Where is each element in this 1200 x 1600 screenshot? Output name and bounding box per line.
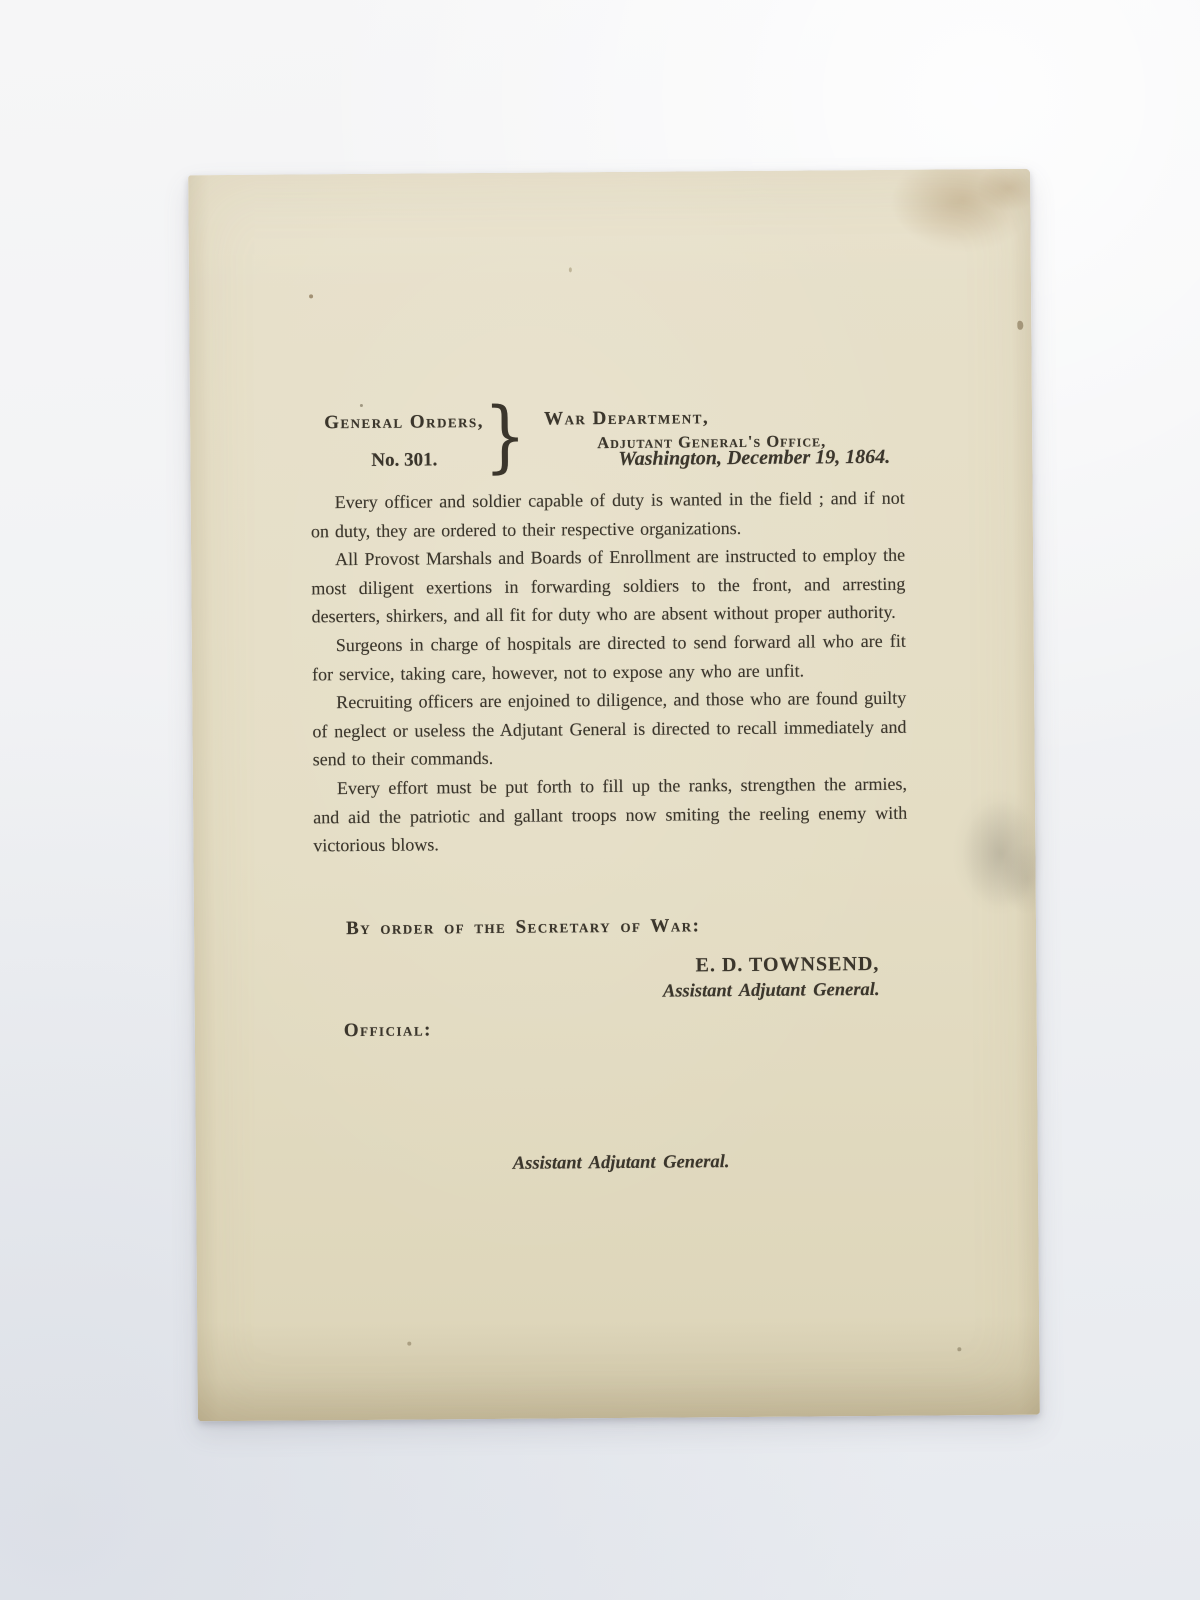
- paragraph: Surgeons in charge of hospitals are dire…: [312, 627, 906, 689]
- paragraph: All Provost Marshals and Boards of Enrol…: [311, 541, 906, 631]
- order-body: Every officer and soldier capable of dut…: [311, 484, 908, 860]
- signature-name: E. D. TOWNSEND,: [663, 953, 880, 978]
- paragraph: Recruiting officers are enjoined to dili…: [312, 684, 907, 774]
- official-label: Official:: [344, 1019, 432, 1042]
- attestation-title: Assistant Adjutant General.: [513, 1152, 730, 1175]
- paragraph: Every effort must be put forth to fill u…: [313, 770, 908, 860]
- general-orders-label: General Orders,: [320, 411, 488, 434]
- paper-speck: [957, 1347, 961, 1351]
- war-department-label: War Department,: [544, 407, 709, 430]
- paper-speck: [1017, 321, 1023, 330]
- paper-speck: [360, 404, 363, 407]
- paper-stain: [951, 787, 1047, 918]
- paper-speck: [569, 267, 572, 272]
- paper-speck: [407, 1342, 411, 1346]
- by-order-line: By order of the Secretary of War:: [346, 915, 701, 940]
- paper-stain: [888, 163, 1019, 244]
- dateline: Washington, December 19, 1864.: [618, 446, 890, 471]
- paragraph: Every officer and soldier capable of dut…: [311, 484, 905, 546]
- signature-block: E. D. TOWNSEND, Assistant Adjutant Gener…: [663, 953, 880, 1003]
- document-page: General Orders, No. 301. } War Departmen…: [188, 169, 1040, 1422]
- order-number: No. 301.: [320, 449, 488, 472]
- signature-title: Assistant Adjutant General.: [663, 980, 880, 1003]
- paper-speck: [309, 294, 313, 298]
- photo-background: General Orders, No. 301. } War Departmen…: [0, 0, 1200, 1600]
- header-brace: }: [484, 404, 527, 470]
